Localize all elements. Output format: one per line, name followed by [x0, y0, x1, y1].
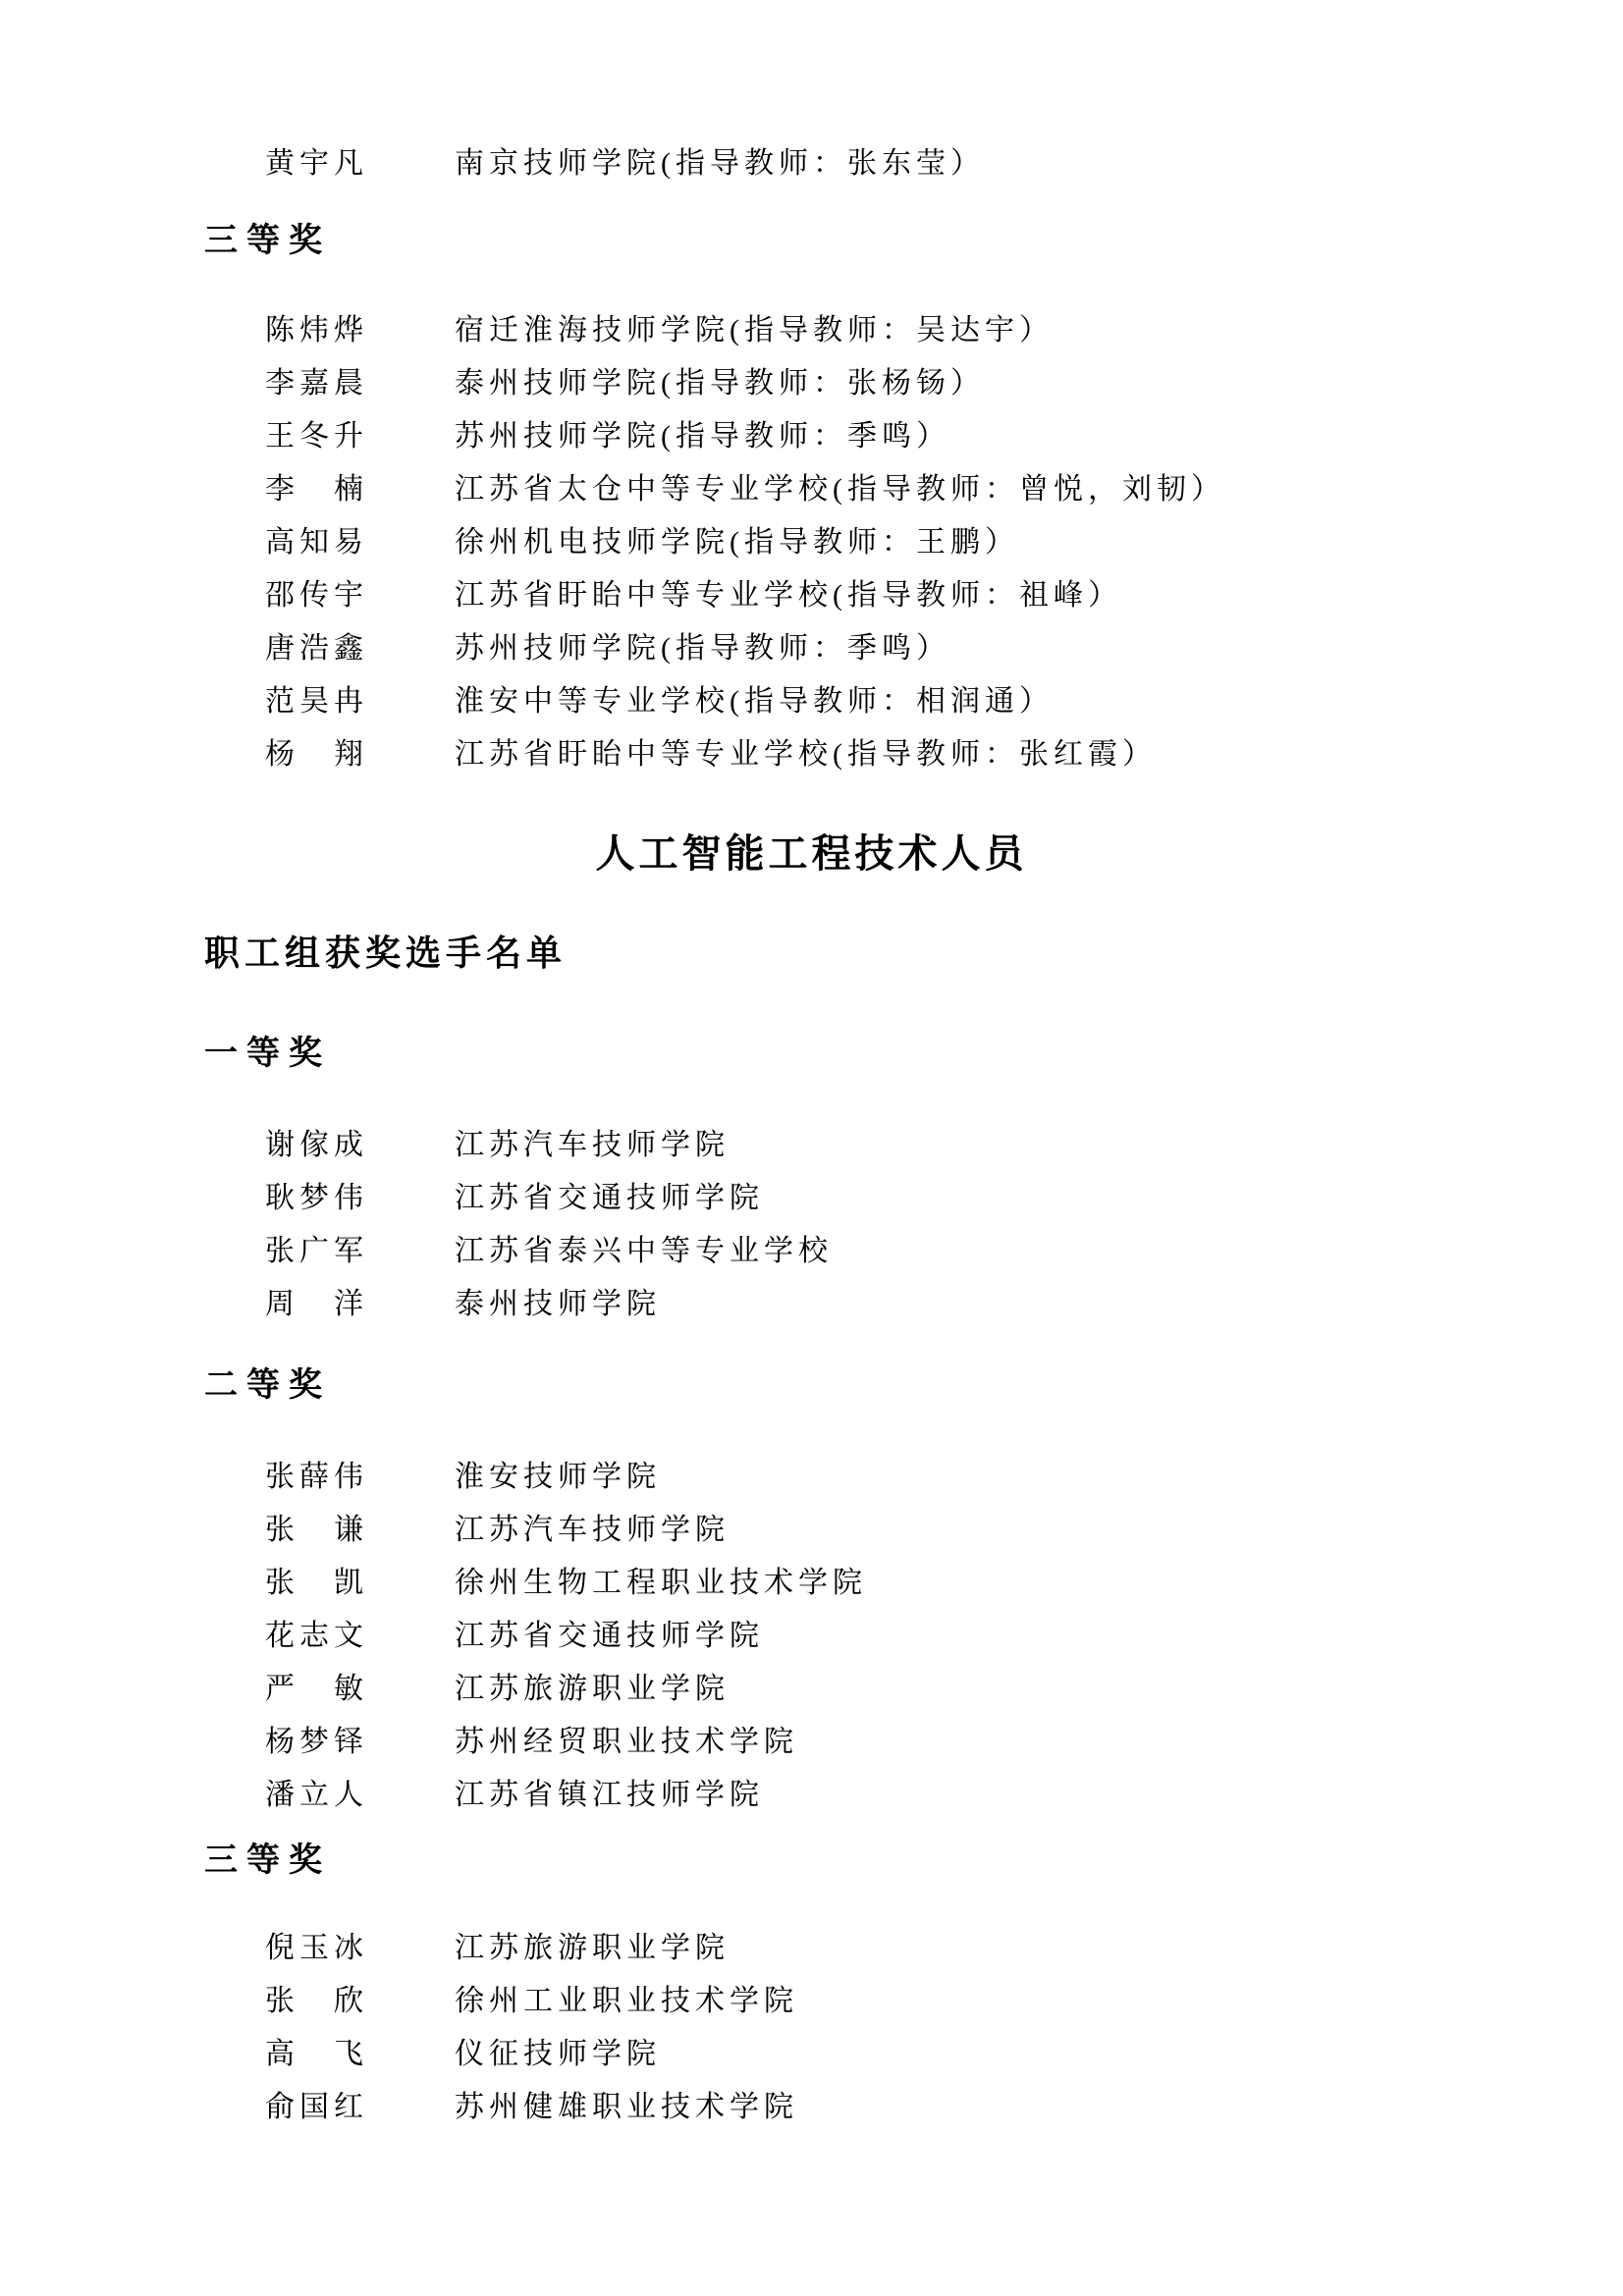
winner-name: 张 谦 [265, 1504, 455, 1557]
winner-school: 江苏省镇江技师学院 [455, 1769, 764, 1822]
worker-first-prize-list: 谢傢成 江苏汽车技师学院 耿梦伟 江苏省交通技师学院 张广军 江苏省泰兴中等专业… [0, 1119, 1623, 1331]
winner-name: 高 飞 [265, 2028, 455, 2081]
winner-name: 周 洋 [265, 1278, 455, 1331]
winner-school: 苏州技师学院(指导教师：季鸣） [455, 622, 950, 675]
award-entry: 黄宇凡 南京技师学院(指导教师：张东莹） [265, 145, 1623, 183]
prize-heading-third-worker: 三等奖 [204, 1842, 1623, 1881]
award-entry: 陈炜烨 宿迁淮海技师学院(指导教师：吴达宇） [265, 304, 1623, 357]
winner-name: 王冬升 [265, 410, 455, 463]
winner-school: 苏州经贸职业技术学院 [455, 1716, 798, 1769]
winner-name: 李嘉晨 [265, 357, 455, 410]
prize-heading-first-worker: 一等奖 [204, 1035, 1623, 1074]
award-entry: 潘立人 江苏省镇江技师学院 [265, 1769, 1623, 1822]
winner-school: 泰州技师学院 [455, 1278, 661, 1331]
worker-second-prize-list: 张薛伟 淮安技师学院 张 谦 江苏汽车技师学院 张 凯 徐州生物工程职业技术学院… [0, 1451, 1623, 1822]
winner-school: 江苏省盱眙中等专业学校(指导教师：祖峰） [455, 569, 1122, 622]
winner-school: 南京技师学院(指导教师：张东莹） [455, 145, 985, 183]
winner-name: 唐浩鑫 [265, 622, 455, 675]
winner-name: 俞国红 [265, 2081, 455, 2134]
winner-name: 张 欣 [265, 1975, 455, 2028]
award-entry: 杨梦铎 苏州经贸职业技术学院 [265, 1716, 1623, 1769]
winner-name: 花志文 [265, 1610, 455, 1663]
winner-name: 张 凯 [265, 1557, 455, 1610]
winner-name: 高知易 [265, 516, 455, 569]
worker-third-prize-list: 倪玉冰 江苏旅游职业学院 张 欣 徐州工业职业技术学院 高 飞 仪征技师学院 俞… [0, 1922, 1623, 2134]
winner-school: 宿迁淮海技师学院(指导教师：吴达宇） [455, 304, 1054, 357]
award-entry: 杨 翔 江苏省盱眙中等专业学校(指导教师：张红霞） [265, 728, 1623, 781]
award-entry: 李 楠 江苏省太仓中等专业学校(指导教师：曾悦，刘韧） [265, 463, 1623, 516]
award-entry: 张薛伟 淮安技师学院 [265, 1451, 1623, 1504]
winner-school: 苏州健雄职业技术学院 [455, 2081, 798, 2134]
award-entry: 周 洋 泰州技师学院 [265, 1278, 1623, 1331]
award-entry: 王冬升 苏州技师学院(指导教师：季鸣） [265, 410, 1623, 463]
winner-name: 张薛伟 [265, 1451, 455, 1504]
winner-name: 杨 翔 [265, 728, 455, 781]
winner-school: 淮安技师学院 [455, 1451, 661, 1504]
award-entry: 谢傢成 江苏汽车技师学院 [265, 1119, 1623, 1172]
section-title: 人工智能工程技术人员 [0, 832, 1623, 876]
winner-school: 泰州技师学院(指导教师：张杨钖） [455, 357, 985, 410]
winner-school: 淮安中等专业学校(指导教师：相润通） [455, 675, 1054, 728]
winner-name: 谢傢成 [265, 1119, 455, 1172]
winner-school: 江苏省盱眙中等专业学校(指导教师：张红霞） [455, 728, 1157, 781]
winner-school: 江苏省交通技师学院 [455, 1172, 764, 1225]
award-entry: 俞国红 苏州健雄职业技术学院 [265, 2081, 1623, 2134]
winner-school: 江苏省交通技师学院 [455, 1610, 764, 1663]
winner-name: 耿梦伟 [265, 1172, 455, 1225]
group-list-heading: 职工组获奖选手名单 [204, 933, 1623, 974]
student-third-prize-list: 陈炜烨 宿迁淮海技师学院(指导教师：吴达宇） 李嘉晨 泰州技师学院(指导教师：张… [0, 304, 1623, 781]
award-entry: 邵传宇 江苏省盱眙中等专业学校(指导教师：祖峰） [265, 569, 1623, 622]
award-entry: 范昊冉 淮安中等专业学校(指导教师：相润通） [265, 675, 1623, 728]
winner-name: 张广军 [265, 1225, 455, 1278]
award-entry: 张 欣 徐州工业职业技术学院 [265, 1975, 1623, 2028]
winner-name: 邵传宇 [265, 569, 455, 622]
winner-name: 潘立人 [265, 1769, 455, 1822]
winner-school: 江苏汽车技师学院 [455, 1504, 730, 1557]
winner-name: 杨梦铎 [265, 1716, 455, 1769]
award-entry: 倪玉冰 江苏旅游职业学院 [265, 1922, 1623, 1975]
award-entry: 张 凯 徐州生物工程职业技术学院 [265, 1557, 1623, 1610]
award-entry: 张 谦 江苏汽车技师学院 [265, 1504, 1623, 1557]
winner-school: 江苏汽车技师学院 [455, 1119, 730, 1172]
winner-school: 苏州技师学院(指导教师：季鸣） [455, 410, 950, 463]
award-entry: 唐浩鑫 苏州技师学院(指导教师：季鸣） [265, 622, 1623, 675]
award-entry: 花志文 江苏省交通技师学院 [265, 1610, 1623, 1663]
winner-school: 徐州工业职业技术学院 [455, 1975, 798, 2028]
winner-school: 江苏省泰兴中等专业学校 [455, 1225, 833, 1278]
winner-name: 黄宇凡 [265, 145, 455, 183]
document-page: 黄宇凡 南京技师学院(指导教师：张东莹） 三等奖 陈炜烨 宿迁淮海技师学院(指导… [0, 0, 1623, 2296]
winner-school: 江苏旅游职业学院 [455, 1922, 730, 1975]
winner-school: 江苏省太仓中等专业学校(指导教师：曾悦，刘韧） [455, 463, 1225, 516]
award-entry: 耿梦伟 江苏省交通技师学院 [265, 1172, 1623, 1225]
winner-name: 倪玉冰 [265, 1922, 455, 1975]
prize-heading-second-worker: 二等奖 [204, 1366, 1623, 1406]
winner-name: 陈炜烨 [265, 304, 455, 357]
winner-name: 范昊冉 [265, 675, 455, 728]
prize-heading-third-student: 三等奖 [204, 222, 1623, 261]
award-entry: 高知易 徐州机电技师学院(指导教师：王鹏） [265, 516, 1623, 569]
award-entry: 李嘉晨 泰州技师学院(指导教师：张杨钖） [265, 357, 1623, 410]
winner-name: 严 敏 [265, 1663, 455, 1716]
award-entry: 严 敏 江苏旅游职业学院 [265, 1663, 1623, 1716]
winner-school: 江苏旅游职业学院 [455, 1663, 730, 1716]
winner-name: 李 楠 [265, 463, 455, 516]
winner-school: 仪征技师学院 [455, 2028, 661, 2081]
award-entry: 高 飞 仪征技师学院 [265, 2028, 1623, 2081]
winner-school: 徐州生物工程职业技术学院 [455, 1557, 867, 1610]
award-entry: 张广军 江苏省泰兴中等专业学校 [265, 1225, 1623, 1278]
winner-school: 徐州机电技师学院(指导教师：王鹏） [455, 516, 1019, 569]
